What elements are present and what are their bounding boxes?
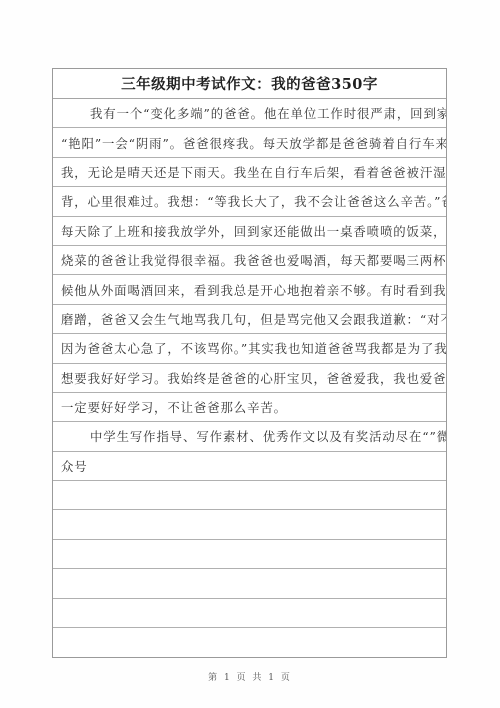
essay-line: 我有一个“变化多端”的爸爸。他在单位工作时很严肃，回到家一会 [53,99,446,128]
blank-ruled-line [53,481,446,510]
line-text: 因为爸爸太心急了，不该骂你。”其实我也知道爸爸骂我都是为了我好， [61,339,446,357]
essay-line: 我，无论是晴天还是下雨天。我坐在自行车后架，看着爸爸被汗湿透的后 [53,158,446,187]
line-text: “艳阳”一会“阴雨”。爸爸很疼我。每天放学都是爸爸骑着自行车来接 [61,134,446,152]
line-text: 众号 [61,457,88,475]
essay-line: 一定要好好学习，不让爸爸那么辛苦。 [53,393,446,422]
blank-ruled-line [53,510,446,539]
line-text: 磨蹭，爸爸又会生气地骂我几句，但是骂完他又会跟我道歉：“对不起， [61,310,446,328]
line-text: 烧菜的爸爸让我觉得很幸福。我爸爸也爱喝酒，每天都要喝三两杯。有时 [61,251,446,269]
blank-ruled-line [53,628,446,657]
line-text: 想要我好好学习。我始终是爸爸的心肝宝贝，爸爸爱我，我也爱爸爸。我 [61,369,446,387]
line-text: 一定要好好学习，不让爸爸那么辛苦。 [61,398,287,416]
page-number-footer: 第 1 页 共 1 页 [0,670,500,683]
essay-lines: 我有一个“变化多端”的爸爸。他在单位工作时很严肃，回到家一会“艳阳”一会“阴雨”… [53,99,446,657]
blank-ruled-line [53,599,446,628]
line-text: 背，心里很难过。我想：“等我长大了，我不会让爸爸这么辛苦。”爸爸 [61,192,446,210]
line-text: 每天除了上班和接我放学外，回到家还能做出一桌香喷喷的饭菜，有个会 [61,222,446,240]
line-text: 我有一个“变化多端”的爸爸。他在单位工作时很严肃，回到家一会 [90,104,446,122]
essay-line: 因为爸爸太心急了，不该骂你。”其实我也知道爸爸骂我都是为了我好， [53,334,446,363]
document-page: 三年级期中考试作文：我的爸爸350字 我有一个“变化多端”的爸爸。他在单位工作时… [0,0,500,708]
essay-line: “艳阳”一会“阴雨”。爸爸很疼我。每天放学都是爸爸骑着自行车来接 [53,128,446,157]
title-row: 三年级期中考试作文：我的爸爸350字 [53,69,446,99]
essay-title: 三年级期中考试作文：我的爸爸350字 [121,73,378,94]
essay-line: 候他从外面喝酒回来，看到我总是开心地抱着亲不够。有时看到我写作业 [53,275,446,304]
essay-line: 众号 [53,452,446,481]
line-text: 中学生写作指导、写作素材、优秀作文以及有奖活动尽在“”微信公 [90,427,446,445]
line-text: 候他从外面喝酒回来，看到我总是开心地抱着亲不够。有时看到我写作业 [61,281,446,299]
line-text: 我，无论是晴天还是下雨天。我坐在自行车后架，看着爸爸被汗湿透的后 [61,163,446,181]
essay-line: 中学生写作指导、写作素材、优秀作文以及有奖活动尽在“”微信公 [53,422,446,451]
essay-line: 烧菜的爸爸让我觉得很幸福。我爸爸也爱喝酒，每天都要喝三两杯。有时 [53,246,446,275]
essay-line: 磨蹭，爸爸又会生气地骂我几句，但是骂完他又会跟我道歉：“对不起， [53,305,446,334]
essay-sheet: 三年级期中考试作文：我的爸爸350字 我有一个“变化多端”的爸爸。他在单位工作时… [52,68,447,658]
blank-ruled-line [53,569,446,598]
essay-line: 想要我好好学习。我始终是爸爸的心肝宝贝，爸爸爱我，我也爱爸爸。我 [53,364,446,393]
blank-ruled-line [53,540,446,569]
essay-line: 背，心里很难过。我想：“等我长大了，我不会让爸爸这么辛苦。”爸爸 [53,187,446,216]
essay-line: 每天除了上班和接我放学外，回到家还能做出一桌香喷喷的饭菜，有个会 [53,217,446,246]
